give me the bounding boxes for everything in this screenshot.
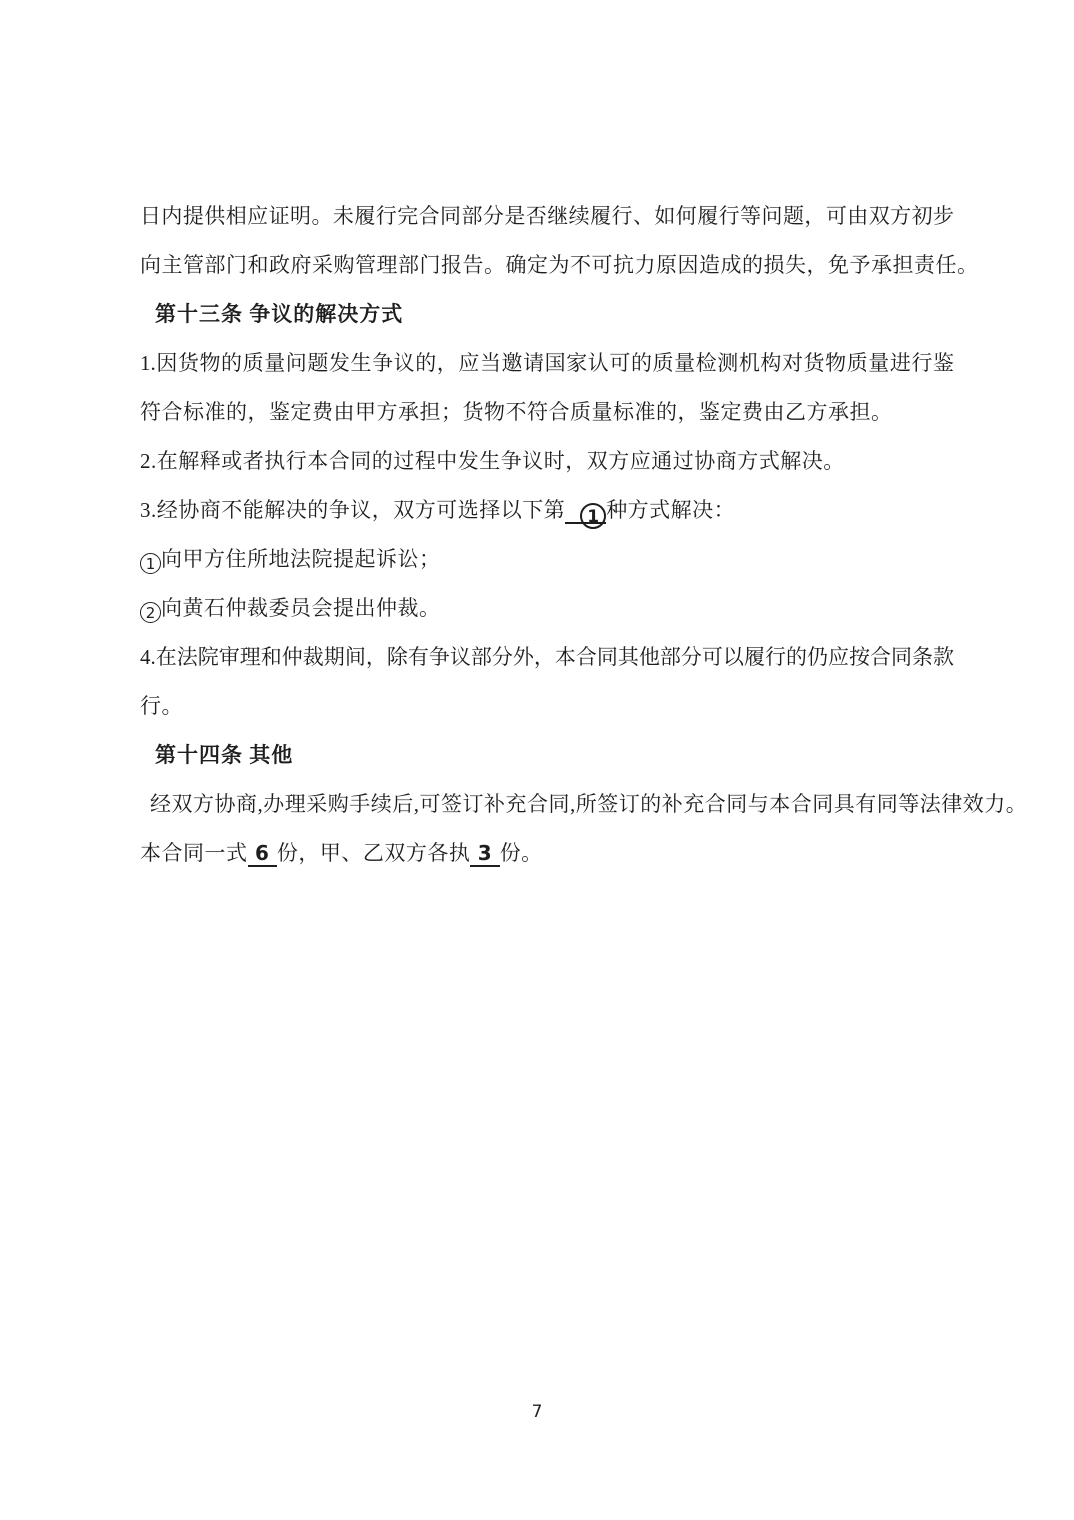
circled-digit: 1 — [580, 498, 606, 524]
text-run: 3 — [470, 841, 499, 867]
circled-digit-glyph: 1 — [580, 503, 606, 529]
force-majeure-continuation-line-2: 向主管部门和政府采购管理部门报告。确定为不可抗力原因造成的损失，免予承担责任。 — [140, 241, 954, 290]
text-run: 经双方协商,办理采购手续后,可签订补充合同,所签订的补充合同与本合同具有同等法律… — [150, 792, 1027, 816]
text-run: 1.因货物的质量问题发生争议的，应当邀请国家认可的质量检测机构对货物质量进行鉴定… — [140, 351, 954, 388]
text-run: 日内提供相应证明。未履行完合同部分是否继续履行、如何履行等问题，可由双方初步协商… — [140, 204, 954, 241]
contract-page: 日内提供相应证明。未履行完合同部分是否继续履行、如何履行等问题，可由双方初步协商… — [0, 0, 1074, 1520]
text-run — [565, 498, 580, 524]
force-majeure-continuation-line-1: 日内提供相应证明。未履行完合同部分是否继续履行、如何履行等问题，可由双方初步协商… — [140, 192, 954, 241]
text-run: 向主管部门和政府采购管理部门报告。确定为不可抗力原因造成的损失，免予承担责任。 — [140, 253, 979, 277]
text-run: 种方式解决： — [606, 498, 735, 522]
text-run: 份，甲、乙双方各执 — [277, 841, 471, 865]
clause-13-item-2: 2.在解释或者执行本合同的过程中发生争议时，双方应通过协商方式解决。 — [140, 437, 954, 486]
text-run: 2.在解释或者执行本合同的过程中发生争议时，双方应通过协商方式解决。 — [140, 449, 845, 473]
clause-13-heading: 第十三条 争议的解决方式 — [140, 290, 954, 339]
text-run: 向黄石仲裁委员会提出仲裁。 — [161, 596, 441, 620]
circled-digit-glyph: 2 — [140, 602, 161, 623]
clause-13-item-4-line-1: 4.在法院审理和仲裁期间，除有争议部分外，本合同其他部分可以履行的仍应按合同条款… — [140, 633, 954, 682]
clause-13-option-1: 1向甲方住所地法院提起诉讼； — [140, 535, 954, 584]
clause-13-item-3: 3.经协商不能解决的争议，双方可选择以下第 1种方式解决： — [140, 486, 954, 535]
text-run: 第十三条 争议的解决方式 — [155, 302, 403, 326]
circled-digit-glyph: 1 — [140, 553, 161, 574]
text-run: 第十四条 其他 — [155, 743, 293, 767]
clause-13-item-1-line-2: 符合标准的，鉴定费由甲方承担；货物不符合质量标准的，鉴定费由乙方承担。 — [140, 388, 954, 437]
text-run: 本合同一式 — [140, 841, 248, 865]
text-run: 份。 — [500, 841, 543, 865]
text-run: 6 — [248, 841, 277, 867]
circled-digit: 2 — [140, 596, 161, 620]
text-run: 符合标准的，鉴定费由甲方承担；货物不符合质量标准的，鉴定费由乙方承担。 — [140, 400, 893, 424]
contract-text-block: 日内提供相应证明。未履行完合同部分是否继续履行、如何履行等问题，可由双方初步协商… — [140, 192, 954, 878]
clause-14-heading: 第十四条 其他 — [140, 731, 954, 780]
text-run: 向甲方住所地法院提起诉讼； — [161, 547, 441, 571]
clause-14-body-line-1: 经双方协商,办理采购手续后,可签订补充合同,所签订的补充合同与本合同具有同等法律… — [140, 780, 954, 829]
clause-13-item-4-line-2: 行。 — [140, 682, 954, 731]
clause-13-option-2: 2向黄石仲裁委员会提出仲裁。 — [140, 584, 954, 633]
circled-digit: 1 — [140, 547, 161, 571]
text-run: 4.在法院审理和仲裁期间，除有争议部分外，本合同其他部分可以履行的仍应按合同条款… — [140, 645, 954, 682]
page-number: 7 — [0, 1402, 1074, 1422]
clause-13-item-1-line-1: 1.因货物的质量问题发生争议的，应当邀请国家认可的质量检测机构对货物质量进行鉴定… — [140, 339, 954, 388]
text-run: 3.经协商不能解决的争议，双方可选择以下第 — [140, 498, 565, 522]
text-run: 行。 — [140, 694, 183, 718]
clause-14-body-line-2: 本合同一式 6 份，甲、乙双方各执 3 份。 — [140, 829, 954, 878]
